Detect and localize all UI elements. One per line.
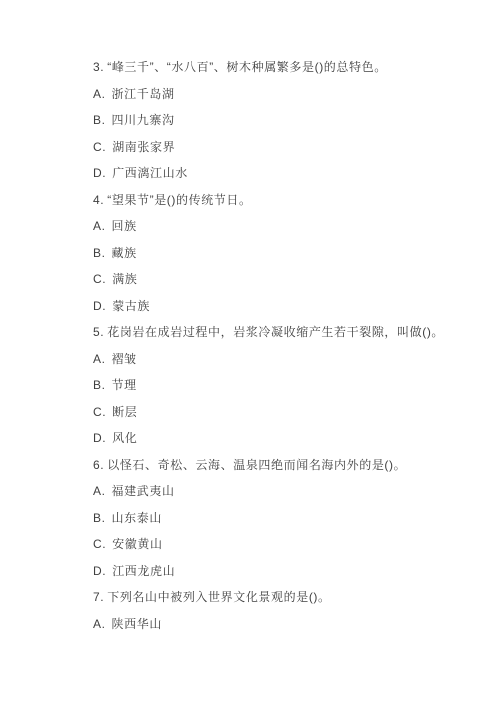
question-text: 以怪石、奇松、云海、温泉四绝而闻名海内外的是()。 [107, 452, 406, 479]
question-4-option-a: A. 回族 [93, 213, 444, 240]
option-letter: A. [93, 611, 106, 638]
question-6-option-a: A. 福建武夷山 [93, 478, 444, 505]
question-text: 下列名山中被列入世界文化景观的是()。 [107, 584, 330, 611]
question-5-line: 5. 花岗岩在成岩过程中，岩浆冷凝收缩产生若干裂隙，叫做()。 [93, 319, 444, 346]
question-number: 6. [93, 452, 104, 479]
option-text: 蒙古族 [112, 293, 150, 320]
option-text: 山东泰山 [112, 505, 162, 532]
question-5-option-a: A. 褶皱 [93, 346, 444, 373]
option-text: 安徽黄山 [112, 531, 162, 558]
option-letter: C. [93, 134, 106, 161]
question-6-option-c: C. 安徽黄山 [93, 531, 444, 558]
option-text: 风化 [112, 425, 137, 452]
option-letter: A. [93, 213, 106, 240]
question-3-option-a: A. 浙江千岛湖 [93, 81, 444, 108]
question-3-option-d: D. 广西漓江山水 [93, 160, 444, 187]
option-text: 断层 [112, 399, 137, 426]
option-letter: A. [93, 478, 106, 505]
question-text: “峰三千”、“水八百”、树木种属繁多是()的总特色。 [107, 54, 387, 81]
option-letter: A. [93, 81, 106, 108]
question-4-option-b: B. 藏族 [93, 240, 444, 267]
question-5-option-d: D. 风化 [93, 425, 444, 452]
option-letter: B. [93, 505, 106, 532]
question-number: 7. [93, 584, 104, 611]
option-text: 回族 [112, 213, 137, 240]
option-text: 福建武夷山 [112, 478, 175, 505]
question-5-option-b: B. 节理 [93, 372, 444, 399]
question-number: 4. [93, 187, 104, 214]
option-text: 褶皱 [112, 346, 137, 373]
question-text: “望果节”是()的传统节日。 [107, 187, 251, 214]
question-4-line: 4. “望果节”是()的传统节日。 [93, 187, 444, 214]
option-text: 节理 [112, 372, 137, 399]
option-letter: B. [93, 372, 106, 399]
option-letter: A. [93, 346, 106, 373]
option-letter: C. [93, 531, 106, 558]
question-3-option-c: C. 湖南张家界 [93, 134, 444, 161]
option-text: 江西龙虎山 [112, 558, 175, 585]
option-letter: B. [93, 107, 106, 134]
option-text: 浙江千岛湖 [112, 81, 175, 108]
question-5-option-c: C. 断层 [93, 399, 444, 426]
option-text: 四川九寨沟 [112, 107, 175, 134]
option-letter: C. [93, 399, 106, 426]
question-3-line: 3. “峰三千”、“水八百”、树木种属繁多是()的总特色。 [93, 54, 444, 81]
option-letter: D. [93, 425, 106, 452]
option-text: 藏族 [112, 240, 137, 267]
question-6-option-b: B. 山东泰山 [93, 505, 444, 532]
question-text: 花岗岩在成岩过程中，岩浆冷凝收缩产生若干裂隙，叫做()。 [107, 319, 444, 346]
question-7-line: 7. 下列名山中被列入世界文化景观的是()。 [93, 584, 444, 611]
question-6-option-d: D. 江西龙虎山 [93, 558, 444, 585]
option-letter: D. [93, 558, 106, 585]
exam-question-list: 3. “峰三千”、“水八百”、树木种属繁多是()的总特色。 A. 浙江千岛湖 B… [93, 54, 444, 637]
option-text: 陕西华山 [112, 611, 162, 638]
question-6-line: 6. 以怪石、奇松、云海、温泉四绝而闻名海内外的是()。 [93, 452, 444, 479]
option-letter: C. [93, 266, 106, 293]
question-4-option-c: C. 满族 [93, 266, 444, 293]
question-7-option-a: A. 陕西华山 [93, 611, 444, 638]
option-letter: B. [93, 240, 106, 267]
question-number: 3. [93, 54, 104, 81]
question-3-option-b: B. 四川九寨沟 [93, 107, 444, 134]
option-letter: D. [93, 160, 106, 187]
option-text: 湖南张家界 [112, 134, 175, 161]
option-text: 满族 [112, 266, 137, 293]
option-letter: D. [93, 293, 106, 320]
question-number: 5. [93, 319, 104, 346]
question-4-option-d: D. 蒙古族 [93, 293, 444, 320]
option-text: 广西漓江山水 [112, 160, 188, 187]
exam-document-page: 3. “峰三千”、“水八百”、树木种属繁多是()的总特色。 A. 浙江千岛湖 B… [0, 0, 500, 708]
